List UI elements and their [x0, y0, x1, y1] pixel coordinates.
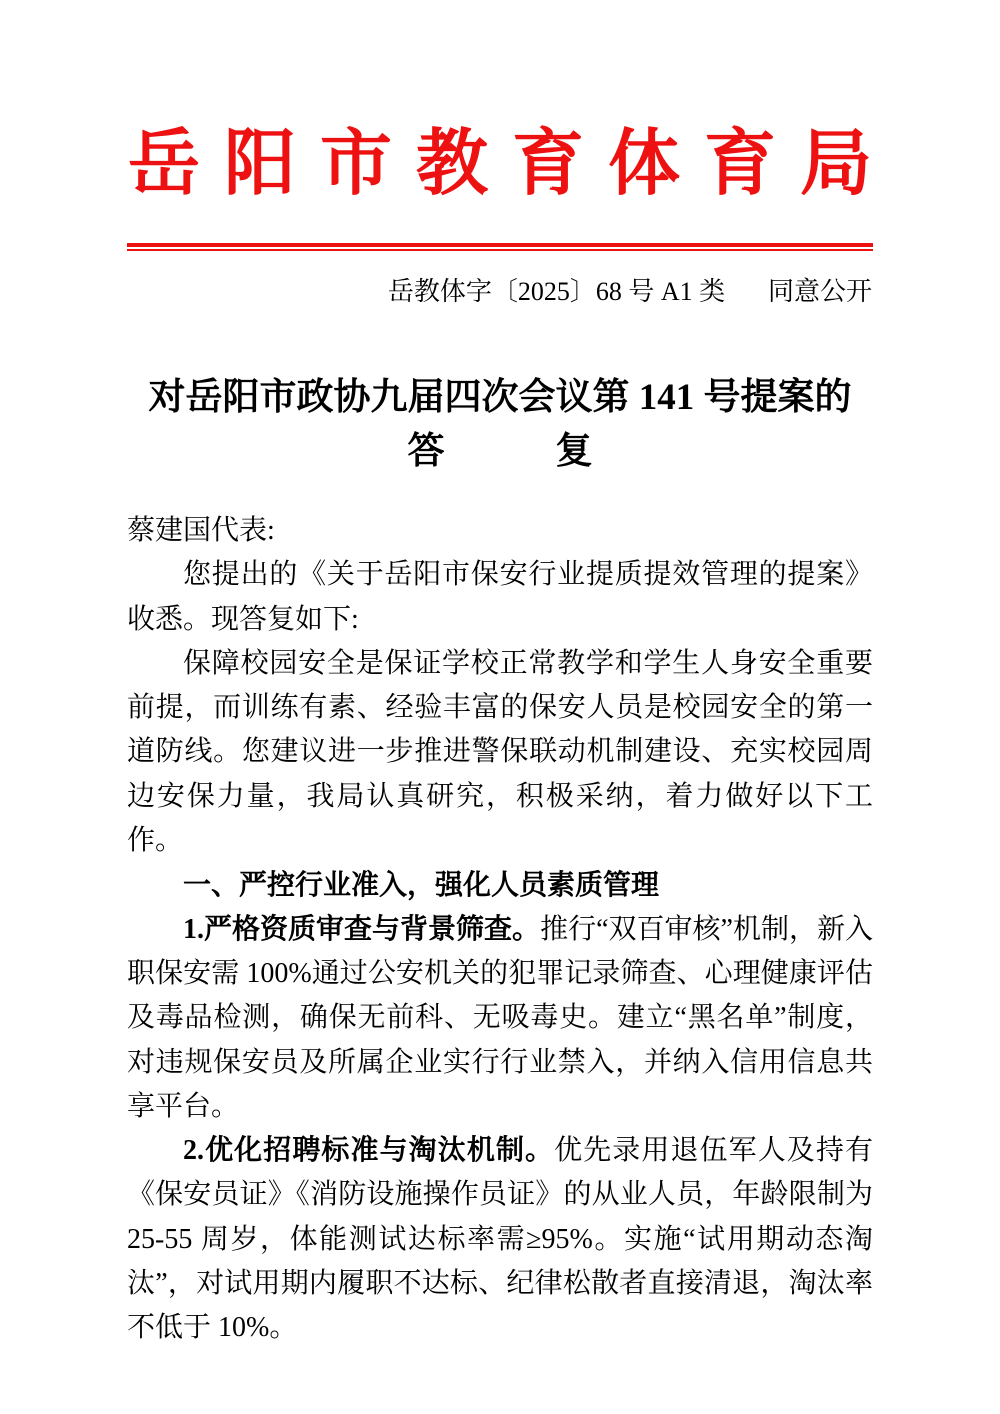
- paragraph-container: 您提出的《关于岳阳市保安行业提质提效管理的提案》收悉。现答复如下:保障校园安全是…: [127, 553, 873, 1350]
- body-paragraph: 1.严格资质审查与背景筛查。推行“双百审核”机制，新入职保安需 100%通过公安…: [127, 908, 873, 1129]
- document-number: 岳教体字〔2025〕68 号 A1 类: [388, 277, 725, 306]
- paragraph-lead-bold: 2.优化招聘标准与淘汰机制。: [183, 1135, 554, 1166]
- agency-name: 岳阳市教育体育局: [0, 116, 1000, 212]
- body-paragraph: 2.优化招聘标准与淘汰机制。优先录用退伍军人及持有《保安员证》《消防设施操作员证…: [127, 1129, 873, 1350]
- section-heading: 一、严控行业准入，强化人员素质管理: [127, 863, 873, 907]
- document-title-line1: 对岳阳市政协九届四次会议第 141 号提案的: [0, 371, 1000, 425]
- salutation: 蔡建国代表:: [127, 509, 873, 553]
- body-paragraph: 保障校园安全是保证学校正常教学和学生人身安全重要前提，而训练有素、经验丰富的保安…: [127, 642, 873, 863]
- document-reference-line: 岳教体字〔2025〕68 号 A1 类 同意公开: [0, 275, 1000, 309]
- paragraph-text: 优先录用退伍军人及持有《保安员证》《消防设施操作员证》的从业人员，年龄限制为 2…: [127, 1135, 873, 1343]
- letterhead-divider-rule: [127, 243, 873, 251]
- paragraph-text: 您提出的《关于岳阳市保安行业提质提效管理的提案》收悉。现答复如下:: [127, 559, 873, 634]
- document-title: 对岳阳市政协九届四次会议第 141 号提案的 答 复: [0, 371, 1000, 479]
- document-page: 岳阳市教育体育局 岳教体字〔2025〕68 号 A1 类 同意公开 对岳阳市政协…: [0, 0, 1000, 1414]
- paragraph-text: 保障校园安全是保证学校正常教学和学生人身安全重要前提，而训练有素、经验丰富的保安…: [127, 648, 873, 856]
- paragraph-text: 一、严控行业准入，强化人员素质管理: [183, 869, 659, 900]
- agency-letterhead: 岳阳市教育体育局: [0, 116, 1000, 251]
- document-body: 蔡建国代表: 您提出的《关于岳阳市保安行业提质提效管理的提案》收悉。现答复如下:…: [0, 509, 1000, 1351]
- publicity-label: 同意公开: [768, 277, 872, 306]
- body-paragraph: 您提出的《关于岳阳市保安行业提质提效管理的提案》收悉。现答复如下:: [127, 553, 873, 642]
- paragraph-lead-bold: 1.严格资质审查与背景筛查。: [183, 914, 540, 945]
- document-title-line2: 答 复: [0, 425, 1000, 479]
